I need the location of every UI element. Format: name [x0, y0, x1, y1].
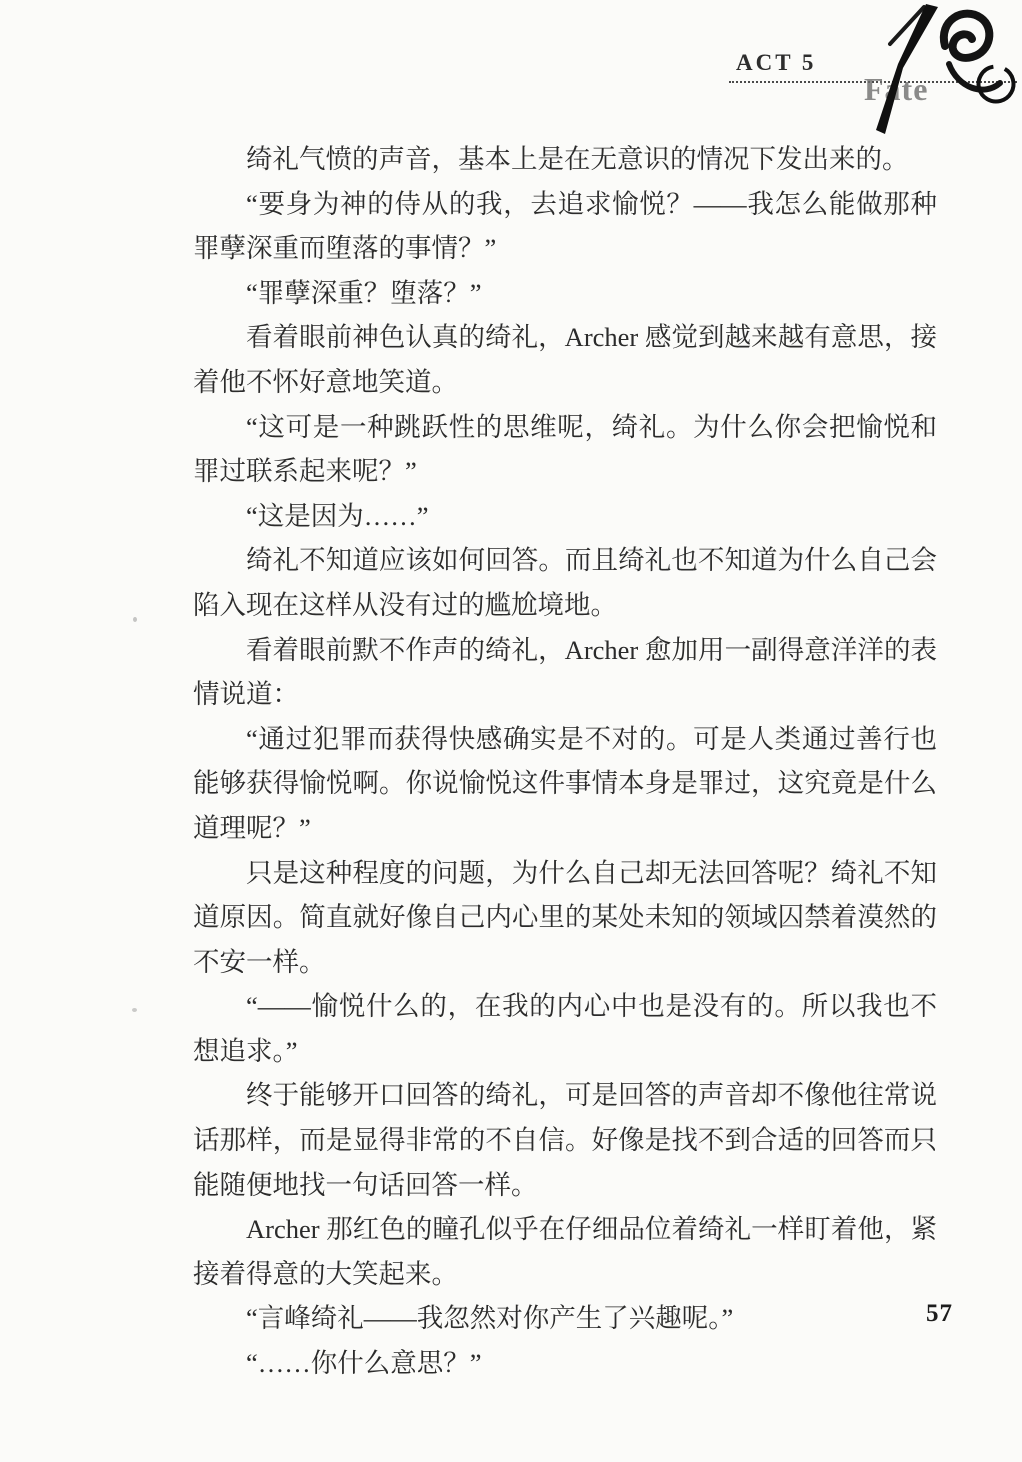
- page-body: 绮礼气愤的声音，基本上是在无意识的情况下发出来的。“要身为神的侍从的我，去追求愉…: [193, 137, 937, 1386]
- paragraph: “这可是一种跳跃性的思维呢，绮礼。为什么你会把愉悦和罪过联系起来呢？”: [193, 405, 937, 494]
- paragraph: 终于能够开口回答的绮礼，可是回答的声音却不像他往常说话那样，而是显得非常的不自信…: [193, 1073, 937, 1207]
- act-label: ACT 5: [736, 50, 816, 76]
- paragraph: 看着眼前神色认真的绮礼，Archer 感觉到越来越有意思，接着他不怀好意地笑道。: [193, 315, 937, 404]
- page-number: 57: [926, 1300, 953, 1328]
- paragraph: 绮礼不知道应该如何回答。而且绮礼也不知道为什么自己会陷入现在这样从没有过的尴尬境…: [193, 538, 937, 627]
- paragraph: 绮礼气愤的声音，基本上是在无意识的情况下发出来的。: [193, 137, 937, 182]
- paragraph: “通过犯罪而获得快感确实是不对的。可是人类通过善行也能够获得愉悦啊。你说愉悦这件…: [193, 717, 937, 851]
- scan-speck: [133, 617, 137, 622]
- fate-zero-logo: Fate: [848, 4, 1020, 140]
- paragraph: “这是因为……”: [193, 494, 937, 539]
- paragraph: 只是这种程度的问题，为什么自己却无法回答呢？绮礼不知道原因。简直就好像自己内心里…: [193, 851, 937, 985]
- paragraph: “……你什么意思？”: [193, 1341, 937, 1386]
- paragraph: Archer 那红色的瞳孔似乎在仔细品位着绮礼一样盯着他，紧接着得意的大笑起来。: [193, 1207, 937, 1296]
- paragraph: “——愉悦什么的，在我的内心中也是没有的。所以我也不想追求。”: [193, 984, 937, 1073]
- scan-speck: [132, 1008, 137, 1012]
- book-page: ACT 5 Fate 绮礼气愤的声音，基本上是在无意识的情况下发出来的。“要身为…: [0, 0, 1022, 1462]
- paragraph: “要身为神的侍从的我，去追求愉悦？——我怎么能做那种罪孽深重而堕落的事情？”: [193, 182, 937, 271]
- logo-zero-swirl: [944, 14, 990, 58]
- paragraph: 看着眼前默不作声的绮礼，Archer 愈加用一副得意洋洋的表情说道：: [193, 628, 937, 717]
- paragraph: “言峰绮礼——我忽然对你产生了兴趣呢。”: [193, 1296, 937, 1341]
- paragraph: “罪孽深重？堕落？”: [193, 271, 937, 316]
